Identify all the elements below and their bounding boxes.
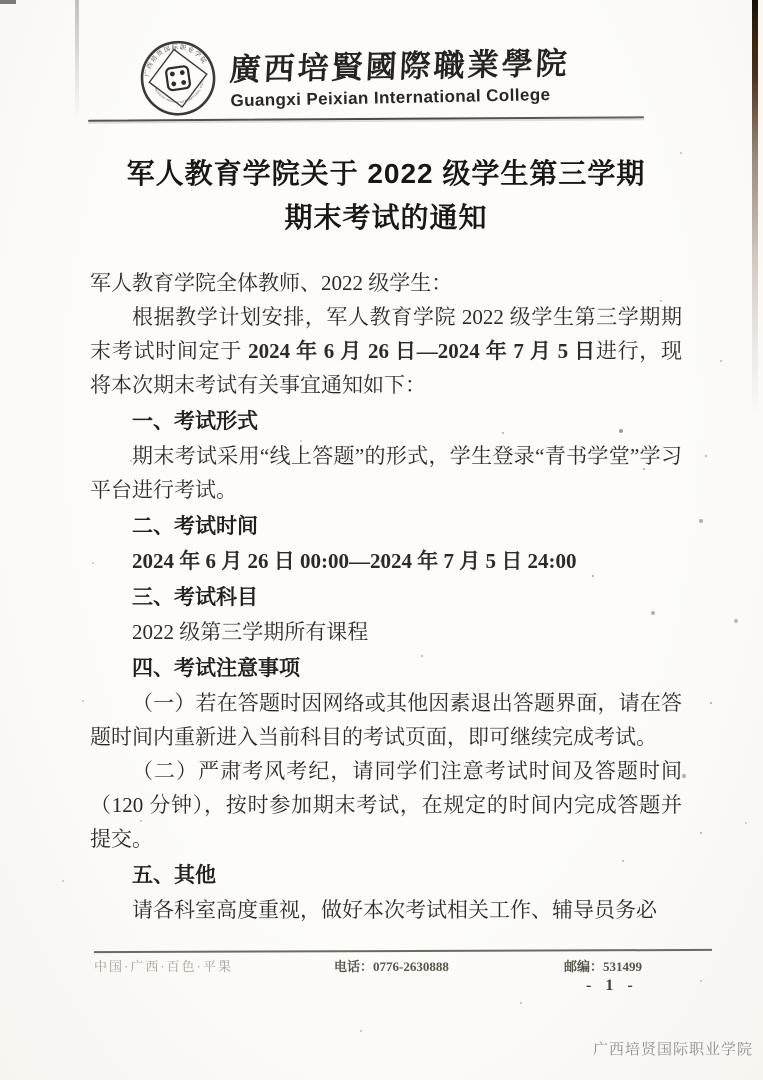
footer-divider (94, 949, 712, 953)
section-4-heading: 四、考试注意事项 (90, 652, 682, 686)
section-3-heading: 三、考试科目 (90, 581, 682, 615)
notice-title-line1: 军人教育学院关于 2022 级学生第三学期 (90, 152, 682, 196)
section-4-paragraph-2: （二）严肃考风考纪，请同学们注意考试时间及答题时间（120 分钟），按时参加期末… (90, 754, 682, 856)
footer-postcode: 邮编：531499 (564, 958, 712, 976)
notice-title-line2: 期末考试的通知 (90, 196, 682, 240)
notice-title: 军人教育学院关于 2022 级学生第三学期 期末考试的通知 (90, 152, 682, 240)
intro-paragraph: 根据教学计划安排，军人教育学院 2022 级学生第三学期期末考试时间定于 202… (90, 300, 682, 402)
corner-watermark: 广西培贤国际职业学院 (593, 1038, 753, 1059)
section-2-heading: 二、考试时间 (90, 510, 682, 544)
scanned-notice-page: 广西培贤国际职业学院 GUANGXI PEIXIAN INTERNATIONAL… (0, 0, 763, 1080)
college-name-chinese: 廣西培賢國際職業學院 (229, 37, 571, 89)
scan-corner-mark (0, 0, 16, 4)
footer-address: 中国·广西·百色·平果 (94, 958, 334, 976)
college-seal-icon: 广西培贤国际职业学院 GUANGXI PEIXIAN INTERNATIONAL… (133, 33, 223, 123)
section-1-heading: 一、考试形式 (90, 405, 682, 439)
section-2-exam-time: 2024 年 6 月 26 日 00:00—2024 年 7 月 5 日 24:… (90, 544, 682, 578)
section-5-paragraph: 请各科室高度重视，做好本次考试相关工作、辅导员务必 (90, 893, 682, 927)
scan-edge-streak (752, 0, 758, 520)
scan-edge-shadow (75, 0, 79, 120)
notice-body: 军人教育学院关于 2022 级学生第三学期 期末考试的通知 军人教育学院全体教师… (90, 152, 682, 927)
section-5-heading: 五、其他 (90, 859, 682, 893)
footer-phone: 电话：0776-2630888 (334, 958, 564, 976)
letterhead: 广西培贤国际职业学院 GUANGXI PEIXIAN INTERNATIONAL… (137, 29, 658, 119)
scan-noise-speckles (0, 0, 2, 2)
section-3-paragraph: 2022 级第三学期所有课程 (90, 615, 682, 649)
salutation: 军人教育学院全体教师、2022 级学生： (90, 266, 682, 300)
section-1-paragraph: 期末考试采用“线上答题”的形式，学生登录“青书学堂”学习平台进行考试。 (90, 439, 682, 507)
exam-date-range: 2024 年 6 月 26 日—2024 年 7 月 5 日 (248, 339, 596, 363)
footer: 中国·广西·百色·平果 电话：0776-2630888 邮编：531499 (94, 958, 712, 976)
section-4-paragraph-1: （一）若在答题时因网络或其他因素退出答题界面，请在答题时间内重新进入当前科目的考… (90, 686, 682, 754)
page-number: - 1 - (586, 977, 638, 995)
